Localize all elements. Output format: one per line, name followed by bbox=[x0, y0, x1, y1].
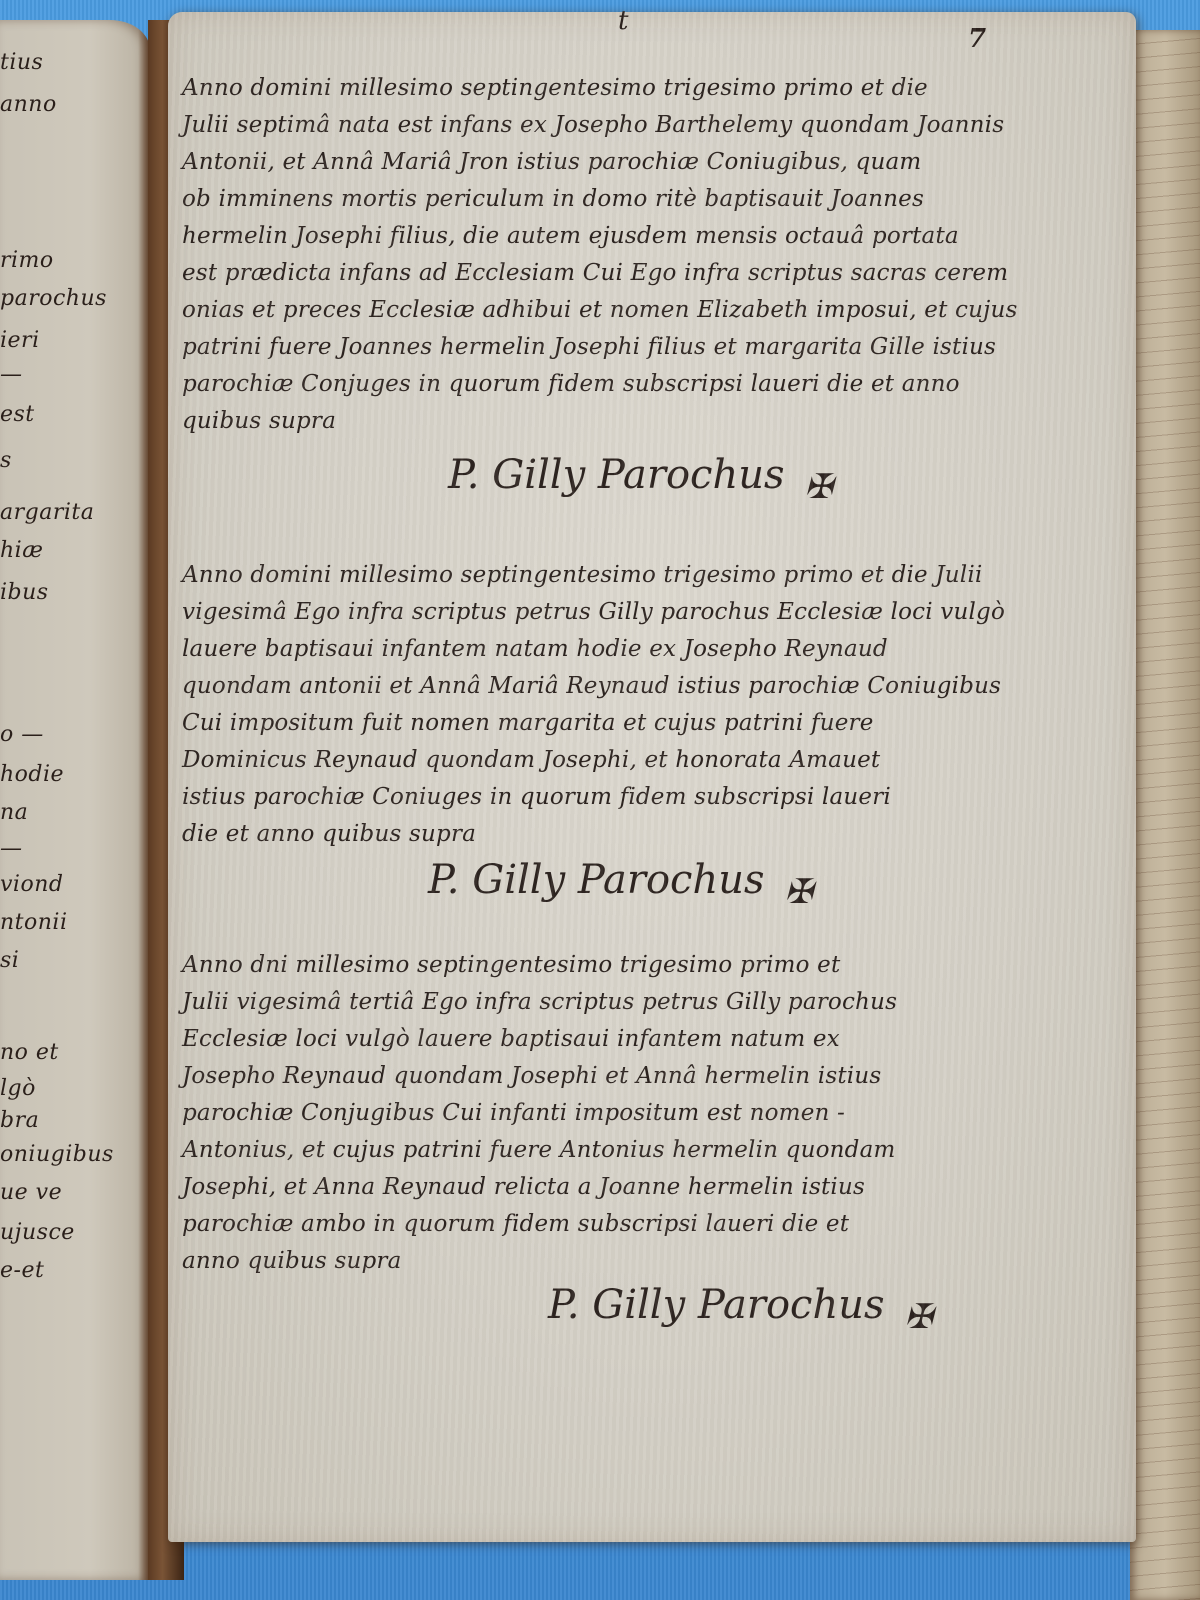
entry-line: patrini fuere Joannes hermelin Josephi f… bbox=[182, 329, 1132, 366]
left-page-fragment: o — bbox=[0, 722, 44, 747]
entry-line: parochiæ Conjuges in quorum fidem subscr… bbox=[182, 366, 1132, 403]
left-page-fragment: est bbox=[0, 402, 35, 427]
left-page-fragment: bra bbox=[0, 1108, 39, 1133]
paraph-flourish-icon: ✠ bbox=[805, 467, 834, 507]
signature-2: P. Gilly Parochus✠ bbox=[428, 857, 813, 912]
left-page-fragment: anno bbox=[0, 92, 57, 117]
left-page-fragment: hodie bbox=[0, 762, 64, 787]
left-page-fragment: s bbox=[0, 448, 12, 473]
entry-line: est prædicta infans ad Ecclesiam Cui Ego… bbox=[182, 255, 1132, 292]
entry-line: quibus supra bbox=[182, 403, 1132, 440]
entry-line: Cui impositum fuit nomen margarita et cu… bbox=[182, 705, 1132, 742]
entry-line: parochiæ Conjugibus Cui infanti impositu… bbox=[182, 1095, 1132, 1132]
left-page-fragment: rimo bbox=[0, 248, 54, 273]
left-page-fragment: ntonii bbox=[0, 910, 68, 935]
baptism-entry-2: Anno domini millesimo septingentesimo tr… bbox=[182, 557, 1132, 853]
entry-line: Anno domini millesimo septingentesimo tr… bbox=[182, 557, 1132, 594]
left-page-fragment: ujusce bbox=[0, 1220, 75, 1245]
entry-line: Julii vigesimâ tertiâ Ego infra scriptus… bbox=[182, 984, 1132, 1021]
top-mark: t bbox=[618, 6, 628, 36]
baptism-entry-1: Anno domini millesimo septingentesimo tr… bbox=[182, 70, 1132, 440]
paraph-flourish-icon: ✠ bbox=[905, 1297, 934, 1337]
left-page-fragment: tius bbox=[0, 50, 43, 75]
left-page-fragment: oniugibus bbox=[0, 1142, 114, 1167]
entry-line: vigesimâ Ego infra scriptus petrus Gilly… bbox=[182, 594, 1132, 631]
page-stack-edge bbox=[1130, 30, 1200, 1600]
entry-line: Josephi, et Anna Reynaud relicta a Joann… bbox=[182, 1169, 1132, 1206]
left-page-fragment: no et bbox=[0, 1040, 59, 1065]
signature-1: P. Gilly Parochus✠ bbox=[448, 452, 833, 507]
entry-line: ob imminens mortis periculum in domo rit… bbox=[182, 181, 1132, 218]
entry-line: Anno domini millesimo septingentesimo tr… bbox=[182, 70, 1132, 107]
register-page: t 7 Anno domini millesimo septingentesim… bbox=[168, 12, 1136, 1542]
entry-line: Josepho Reynaud quondam Josephi et Annâ … bbox=[182, 1058, 1132, 1095]
entry-line: lauere baptisaui infantem natam hodie ex… bbox=[182, 631, 1132, 668]
left-page-fragment: hiæ bbox=[0, 538, 43, 563]
entry-line: parochiæ ambo in quorum fidem subscripsi… bbox=[182, 1206, 1132, 1243]
left-page-fragment: parochus bbox=[0, 286, 107, 311]
signature-3: P. Gilly Parochus✠ bbox=[548, 1282, 933, 1337]
left-page-fragment: viond bbox=[0, 872, 63, 897]
signature-text: P. Gilly Parochus bbox=[428, 857, 765, 903]
entry-line: Antonius, et cujus patrini fuere Antoniu… bbox=[182, 1132, 1132, 1169]
page-number: 7 bbox=[968, 24, 986, 54]
entry-line: Dominicus Reynaud quondam Josephi, et ho… bbox=[182, 742, 1132, 779]
entry-line: Julii septimâ nata est infans ex Josepho… bbox=[182, 107, 1132, 144]
entry-line: onias et preces Ecclesiæ adhibui et nome… bbox=[182, 292, 1132, 329]
left-page-fragment: na bbox=[0, 800, 28, 825]
left-page-fragment: ue ve bbox=[0, 1180, 62, 1205]
entry-line: hermelin Josephi filius, die autem ejusd… bbox=[182, 218, 1132, 255]
left-page-fragment: — bbox=[0, 836, 23, 861]
signature-text: P. Gilly Parochus bbox=[548, 1282, 885, 1328]
entry-line: istius parochiæ Coniuges in quorum fidem… bbox=[182, 779, 1132, 816]
entry-line: Anno dni millesimo septingentesimo trige… bbox=[182, 947, 1132, 984]
entry-line: Ecclesiæ loci vulgò lauere baptisaui inf… bbox=[182, 1021, 1132, 1058]
entry-line: anno quibus supra bbox=[182, 1243, 1132, 1280]
left-page-fragment: lgò bbox=[0, 1076, 36, 1101]
left-page-edge: tiusannorimoparochusieri—estsargaritahiæ… bbox=[0, 20, 150, 1580]
left-page-fragment: argarita bbox=[0, 500, 94, 525]
paraph-flourish-icon: ✠ bbox=[785, 872, 814, 912]
left-page-fragment: ieri bbox=[0, 328, 40, 353]
entry-line: Antonii, et Annâ Mariâ Jron istius paroc… bbox=[182, 144, 1132, 181]
entry-line: die et anno quibus supra bbox=[182, 816, 1132, 853]
left-page-fragment: e-et bbox=[0, 1258, 44, 1283]
left-page-fragment: — bbox=[0, 362, 23, 387]
signature-text: P. Gilly Parochus bbox=[448, 452, 785, 498]
entry-line: quondam antonii et Annâ Mariâ Reynaud is… bbox=[182, 668, 1132, 705]
left-page-fragment: ibus bbox=[0, 580, 49, 605]
baptism-entry-3: Anno dni millesimo septingentesimo trige… bbox=[182, 947, 1132, 1280]
left-page-fragment: si bbox=[0, 948, 19, 973]
